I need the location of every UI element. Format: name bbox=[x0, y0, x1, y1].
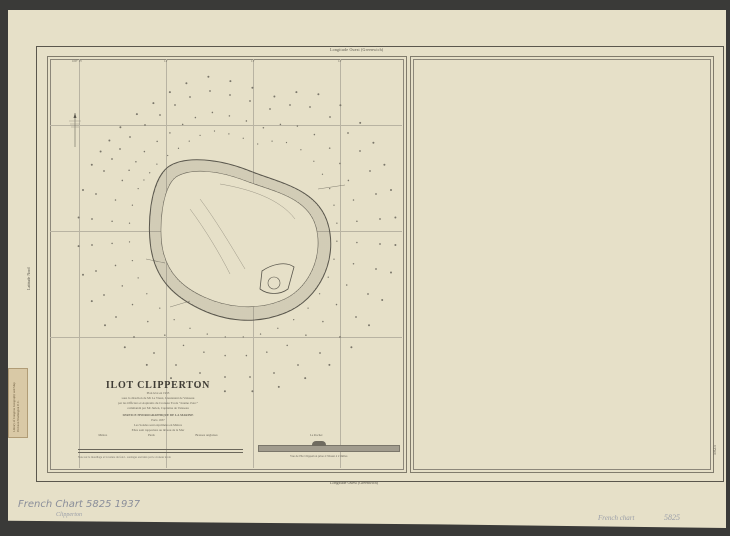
title-block: ILOT CLIPPERTON Plan levé en 1935 sous l… bbox=[78, 380, 238, 438]
handwritten-note: French chart bbox=[598, 514, 634, 522]
island-profile bbox=[258, 445, 400, 452]
chart-title: ILOT CLIPPERTON bbox=[78, 380, 238, 391]
subtitle-line: commandé par Mr Jurien, Capitaine de Vai… bbox=[78, 406, 238, 411]
sheet-number: 5825 bbox=[713, 445, 718, 455]
handwritten-note: Clipperton bbox=[56, 512, 82, 518]
notes-text: Note sur le mouillage et la nature du fo… bbox=[78, 456, 243, 460]
rock-profile bbox=[312, 441, 326, 446]
profile-label: Le Rocher bbox=[310, 433, 323, 437]
handwritten-note: French Chart 5825 1937 bbox=[18, 499, 140, 510]
profile-caption: Vue de l'Ile Clipperton prise à l'Ouest … bbox=[290, 454, 347, 458]
handwritten-note: 5825 bbox=[664, 513, 680, 522]
scale-bar bbox=[78, 449, 243, 453]
longitude-label-top: Longitude Ouest (Greenwich) bbox=[330, 47, 383, 52]
latitude-label: Latitude Nord bbox=[26, 267, 31, 290]
longitude-label-bottom: Longitude Ouest (Greenwich) bbox=[330, 480, 378, 485]
stamp-text: Library of Congress Geography and Map Di… bbox=[12, 372, 22, 432]
blank-panel bbox=[413, 59, 711, 470]
unit-label: Pieds bbox=[148, 433, 155, 438]
unit-label: Brasses anglaises bbox=[195, 433, 217, 438]
unit-label: Mètres bbox=[98, 433, 107, 438]
